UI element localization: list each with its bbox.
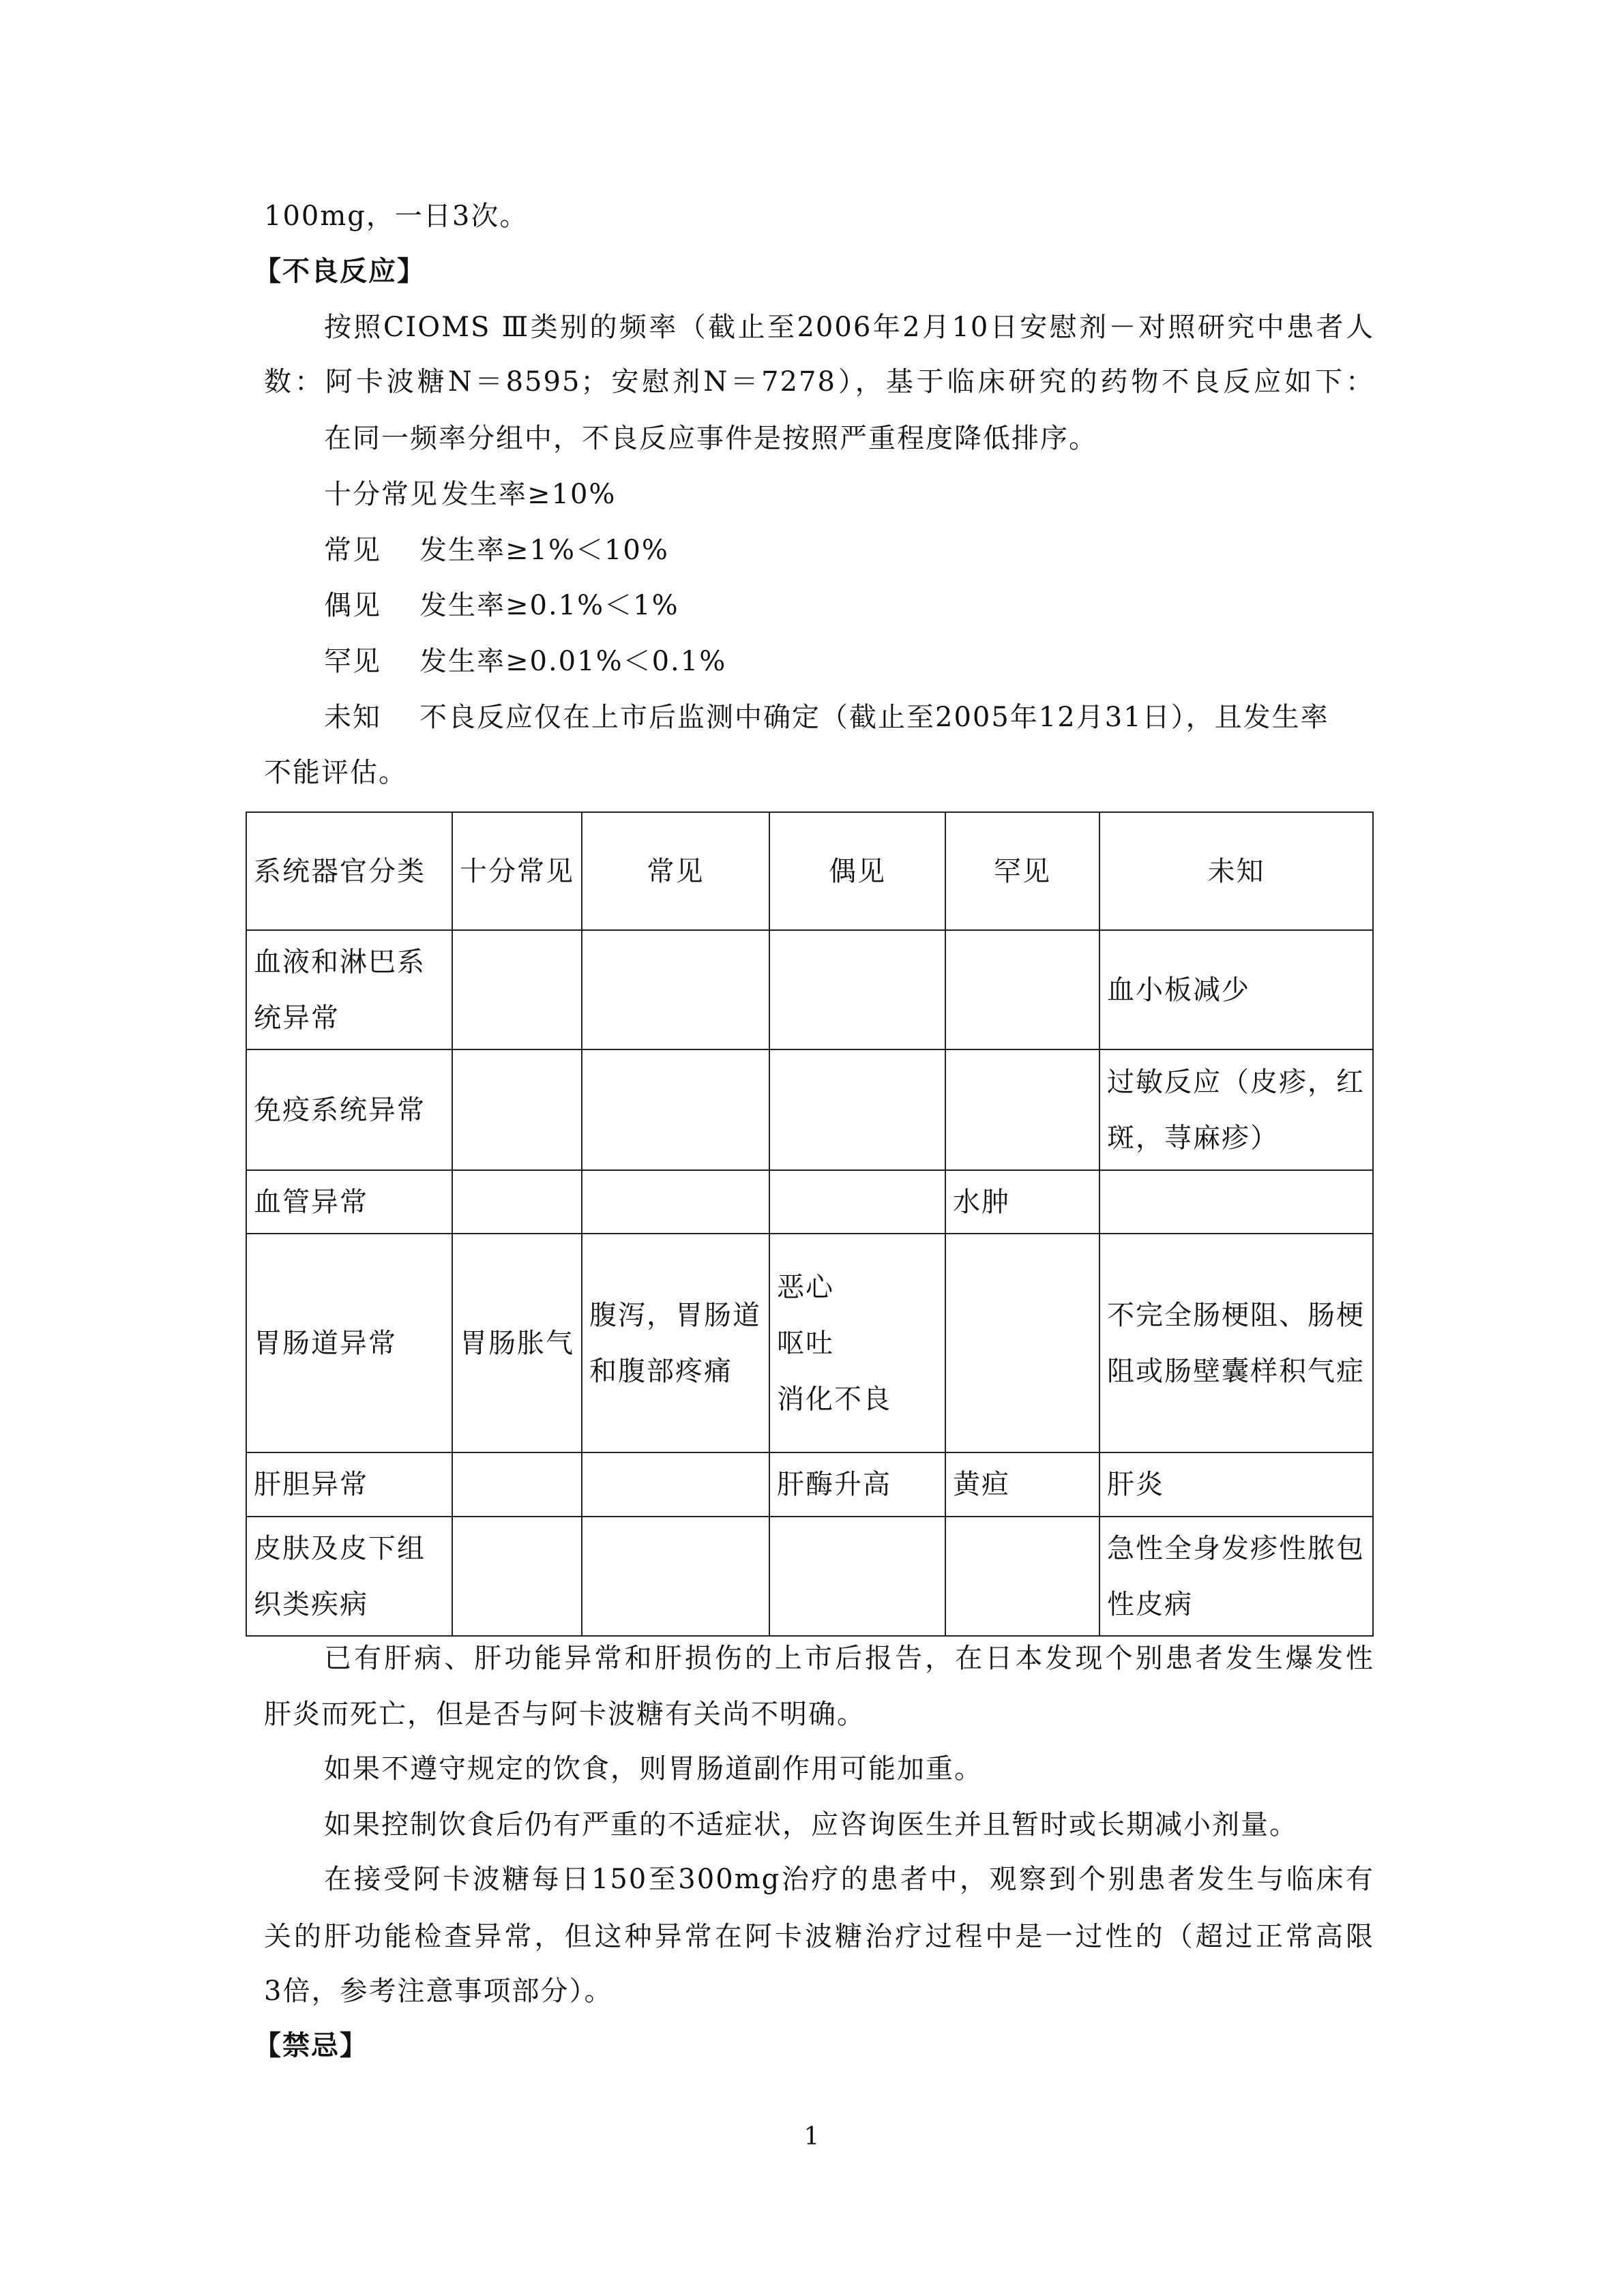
- cell-uncommon: [769, 1170, 945, 1234]
- cell-unknown: 肝炎: [1099, 1452, 1373, 1517]
- cell-very-common: [452, 1452, 582, 1517]
- post-table-para4-line1: 在接受阿卡波糖每日150至300mg治疗的患者中，观察到个别患者发生与临床有: [324, 1860, 1374, 1898]
- cell-very-common: [452, 1517, 582, 1636]
- section-heading-adverse-reactions: 【不良反应】: [254, 252, 1364, 290]
- frequency-definition: 发生率≥0.1%＜1%: [419, 590, 679, 621]
- cell-unknown: 血小板减少: [1099, 930, 1373, 1049]
- cell-uncommon: [769, 930, 945, 1049]
- page-number: 1: [798, 2121, 825, 2153]
- cell-rare: 水肿: [945, 1170, 1099, 1234]
- cell-category: 皮肤及皮下组织类疾病: [246, 1517, 452, 1636]
- frequency-rare: 罕见发生率≥0.01%＜0.1%: [324, 642, 1374, 681]
- adverse-para1-line2: 数：阿卡波糖N＝8595；安慰剂N＝7278），基于临床研究的药物不良反应如下：: [264, 363, 1374, 401]
- table-row: 免疫系统异常 过敏反应（皮疹，红斑，荨麻疹）: [246, 1049, 1373, 1170]
- post-table-para4-line3: 3倍，参考注意事项部分）。: [264, 1972, 1374, 2010]
- post-table-para1-line1: 已有肝病、肝功能异常和肝损伤的上市后报告，在日本发现个别患者发生爆发性: [324, 1639, 1374, 1678]
- frequency-label: 偶见: [324, 586, 419, 625]
- frequency-common: 常见发生率≥1%＜10%: [324, 531, 1374, 569]
- cell-category: 血管异常: [246, 1170, 452, 1234]
- cell-very-common: [452, 1049, 582, 1170]
- table-header-row: 系统器官分类 十分常见 常见 偶见 罕见 未知: [246, 812, 1373, 930]
- cell-unknown: 过敏反应（皮疹，红斑，荨麻疹）: [1099, 1049, 1373, 1170]
- cell-category: 胃肠道异常: [246, 1234, 452, 1452]
- cell-uncommon: 恶心 呕吐 消化不良: [769, 1234, 945, 1452]
- cell-category: 免疫系统异常: [246, 1049, 452, 1170]
- cell-very-common: [452, 1170, 582, 1234]
- cell-rare: [945, 1049, 1099, 1170]
- cell-uncommon-item: 呕吐: [777, 1315, 938, 1371]
- cell-uncommon: 肝酶升高: [769, 1452, 945, 1517]
- cell-unknown: 急性全身发疹性脓包性皮病: [1099, 1517, 1373, 1636]
- cell-rare: [945, 1234, 1099, 1452]
- post-table-para4-line2: 关的肝功能检查异常，但这种异常在阿卡波糖治疗过程中是一过性的（超过正常高限: [264, 1918, 1374, 1956]
- adverse-reaction-table: 系统器官分类 十分常见 常见 偶见 罕见 未知 血液和淋巴系统异常 血小板减少 …: [246, 811, 1374, 1637]
- cell-common: [582, 1170, 769, 1234]
- table-row: 肝胆异常 肝酶升高 黄疸 肝炎: [246, 1452, 1373, 1517]
- cell-category: 肝胆异常: [246, 1452, 452, 1517]
- frequency-definition: 发生率≥1%＜10%: [419, 535, 669, 566]
- frequency-very-common: 十分常见发生率≥10%: [324, 475, 1374, 513]
- cell-unknown: [1099, 1170, 1373, 1234]
- cell-rare: 黄疸: [945, 1452, 1099, 1517]
- cell-common: [582, 1049, 769, 1170]
- adverse-para1-line1: 按照CIOMS Ⅲ类别的频率（截止至2006年2月10日安慰剂－对照研究中患者人: [324, 308, 1374, 346]
- cell-very-common: [452, 930, 582, 1049]
- table-row: 胃肠道异常 胃肠胀气 腹泻，胃肠道和腹部疼痛 恶心 呕吐 消化不良 不完全肠梗阻…: [246, 1234, 1373, 1452]
- table-row: 皮肤及皮下组织类疾病 急性全身发疹性脓包性皮病: [246, 1517, 1373, 1636]
- cell-rare: [945, 1517, 1099, 1636]
- frequency-unknown-continuation: 不能评估。: [264, 754, 1374, 792]
- section-heading-contraindications: 【禁忌】: [254, 2027, 1364, 2065]
- cell-common: [582, 1452, 769, 1517]
- dosage-continuation: 100mg，一日3次。: [264, 197, 1374, 235]
- frequency-unknown: 未知不良反应仅在上市后监测中确定（截止至2005年12月31日），且发生率: [324, 698, 1374, 736]
- header-rare: 罕见: [945, 812, 1099, 930]
- header-very-common: 十分常见: [452, 812, 582, 930]
- frequency-label: 罕见: [324, 642, 419, 681]
- cell-category: 血液和淋巴系统异常: [246, 930, 452, 1049]
- cell-very-common: 胃肠胀气: [452, 1234, 582, 1452]
- frequency-definition: 发生率≥10%: [441, 479, 616, 510]
- cell-uncommon: [769, 1049, 945, 1170]
- frequency-definition: 不良反应仅在上市后监测中确定（截止至2005年12月31日），且发生率: [419, 702, 1329, 733]
- cell-uncommon: [769, 1517, 945, 1636]
- cell-common: [582, 1517, 769, 1636]
- post-table-para3: 如果控制饮食后仍有严重的不适症状，应咨询医生并且暂时或长期减小剂量。: [324, 1806, 1374, 1844]
- header-unknown: 未知: [1099, 812, 1373, 930]
- header-uncommon: 偶见: [769, 812, 945, 930]
- frequency-label: 常见: [324, 531, 419, 569]
- post-table-para2: 如果不遵守规定的饮食，则胃肠道副作用可能加重。: [324, 1750, 1374, 1788]
- header-common: 常见: [582, 812, 769, 930]
- cell-unknown: 不完全肠梗阻、肠梗阻或肠壁囊样积气症: [1099, 1234, 1373, 1452]
- frequency-uncommon: 偶见发生率≥0.1%＜1%: [324, 586, 1374, 625]
- cell-uncommon-item: 恶心: [777, 1259, 938, 1315]
- table-row: 血管异常 水肿: [246, 1170, 1373, 1234]
- cell-rare: [945, 930, 1099, 1049]
- header-system-organ-class: 系统器官分类: [246, 812, 452, 930]
- cell-common: [582, 930, 769, 1049]
- cell-uncommon-item: 消化不良: [777, 1371, 938, 1427]
- post-table-para1-line2: 肝炎而死亡，但是否与阿卡波糖有关尚不明确。: [264, 1695, 1374, 1733]
- frequency-label: 十分常见: [324, 475, 441, 513]
- frequency-definition: 发生率≥0.01%＜0.1%: [419, 646, 726, 677]
- table-row: 血液和淋巴系统异常 血小板减少: [246, 930, 1373, 1049]
- frequency-label: 未知: [324, 698, 419, 736]
- adverse-para2: 在同一频率分组中，不良反应事件是按照严重程度降低排序。: [324, 419, 1374, 458]
- cell-common: 腹泻，胃肠道和腹部疼痛: [582, 1234, 769, 1452]
